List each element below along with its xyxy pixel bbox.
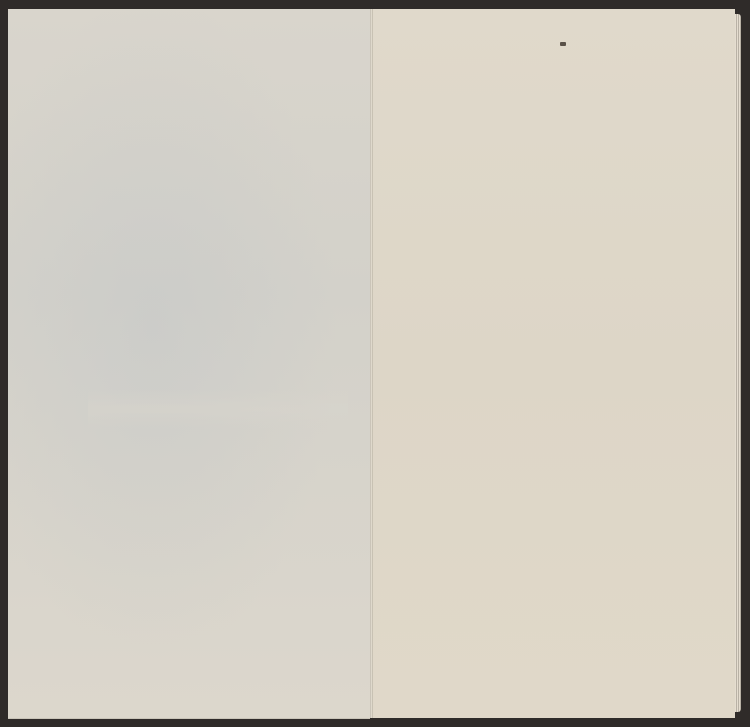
- right-page: [373, 9, 735, 718]
- left-page: [8, 9, 370, 719]
- scan-background: [0, 0, 750, 727]
- page-edge-stack: [735, 14, 741, 712]
- ink-speck: [560, 42, 566, 46]
- paper-stain: [88, 389, 348, 429]
